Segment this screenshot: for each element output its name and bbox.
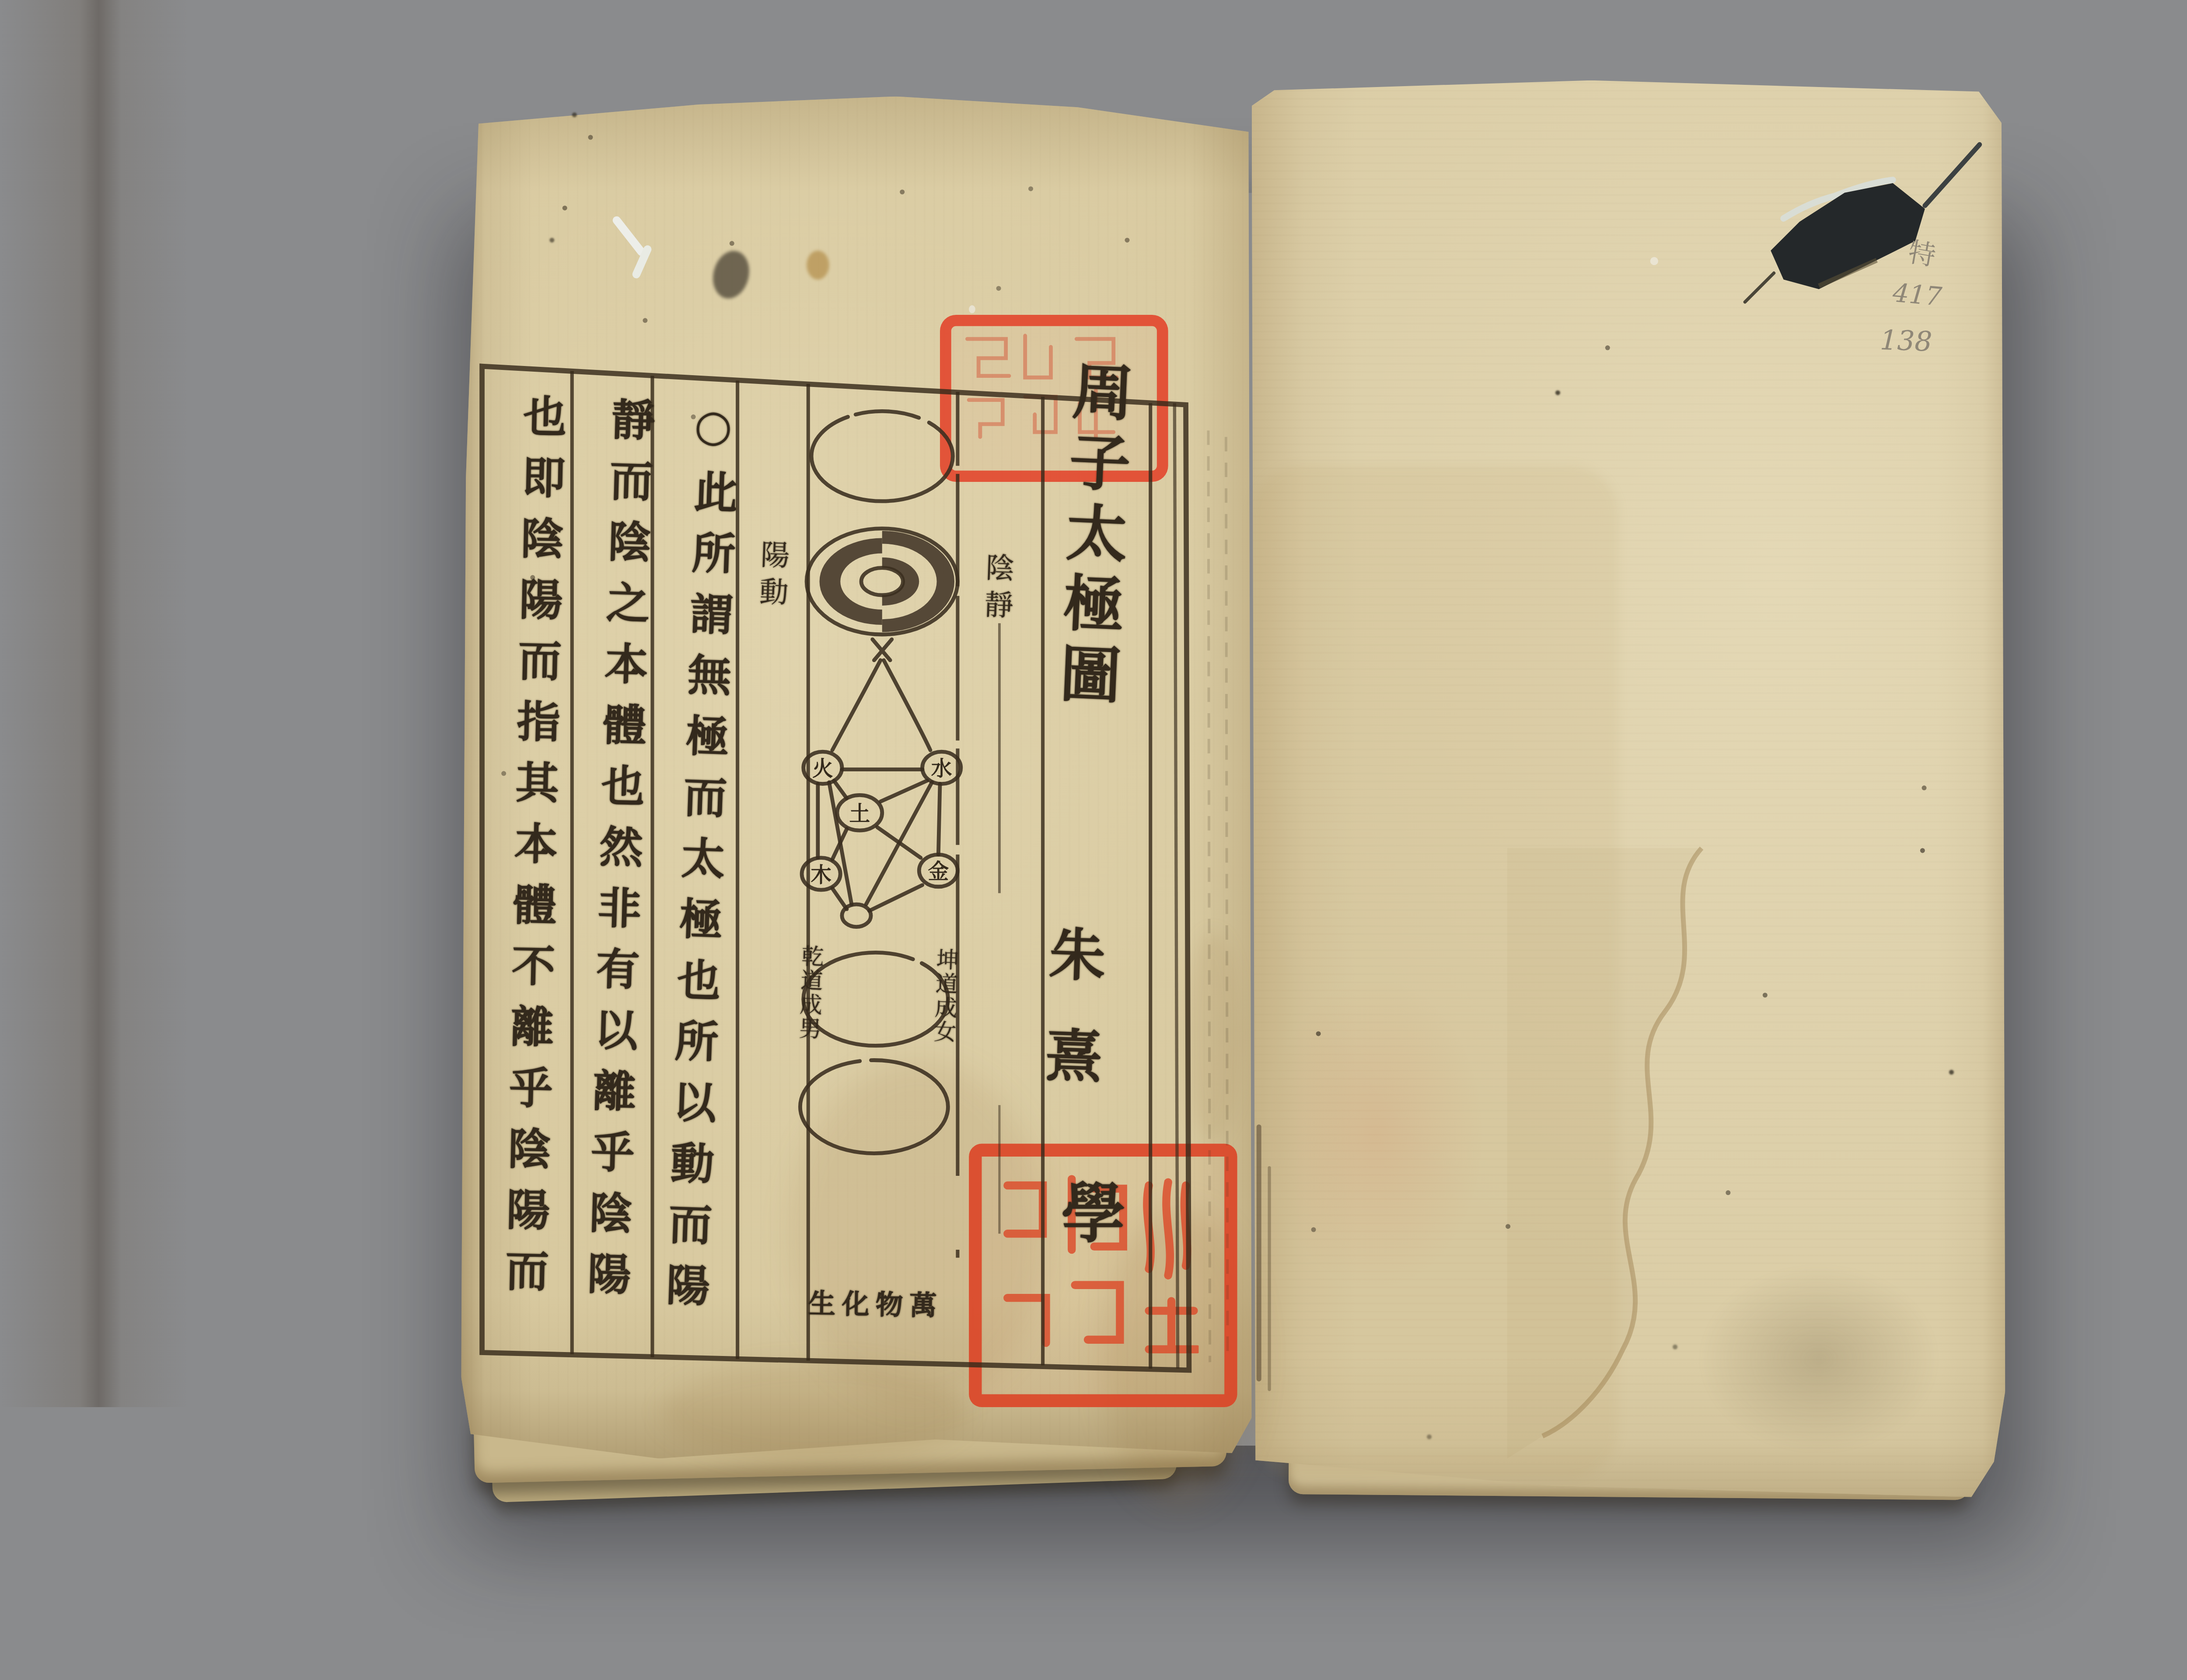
photo-of-open-woodblock-book: 特 417 138	[0, 0, 2187, 1680]
pencil-inscription-2: 417	[1892, 277, 1943, 312]
label-qian-dao: 乾道成男	[797, 944, 823, 1041]
label-yang-moving: 陽動	[755, 539, 787, 614]
page-title: 周子太極圖	[1053, 359, 1129, 714]
water-stain-tideline	[1507, 800, 1748, 1458]
label-yin-still: 陰靜	[981, 552, 1012, 627]
fiber-speck	[562, 206, 567, 210]
label-wanwu-huasheng: 萬物化生	[798, 1280, 953, 1323]
torn-hole	[1735, 125, 2008, 335]
pencil-inscription-3: 138	[1880, 325, 1933, 359]
attribution-zhu-xi: 朱熹	[1039, 924, 1103, 1129]
paper-crack	[1925, 145, 1980, 206]
spine-gutter-shadow	[0, 0, 189, 1407]
red-bleedthrough-ghost	[1266, 976, 1485, 1291]
attribution-suffix: 學	[1055, 1179, 1120, 1243]
label-kun-dao: 坤道成女	[932, 948, 957, 1045]
ink-speck	[1922, 785, 1927, 790]
